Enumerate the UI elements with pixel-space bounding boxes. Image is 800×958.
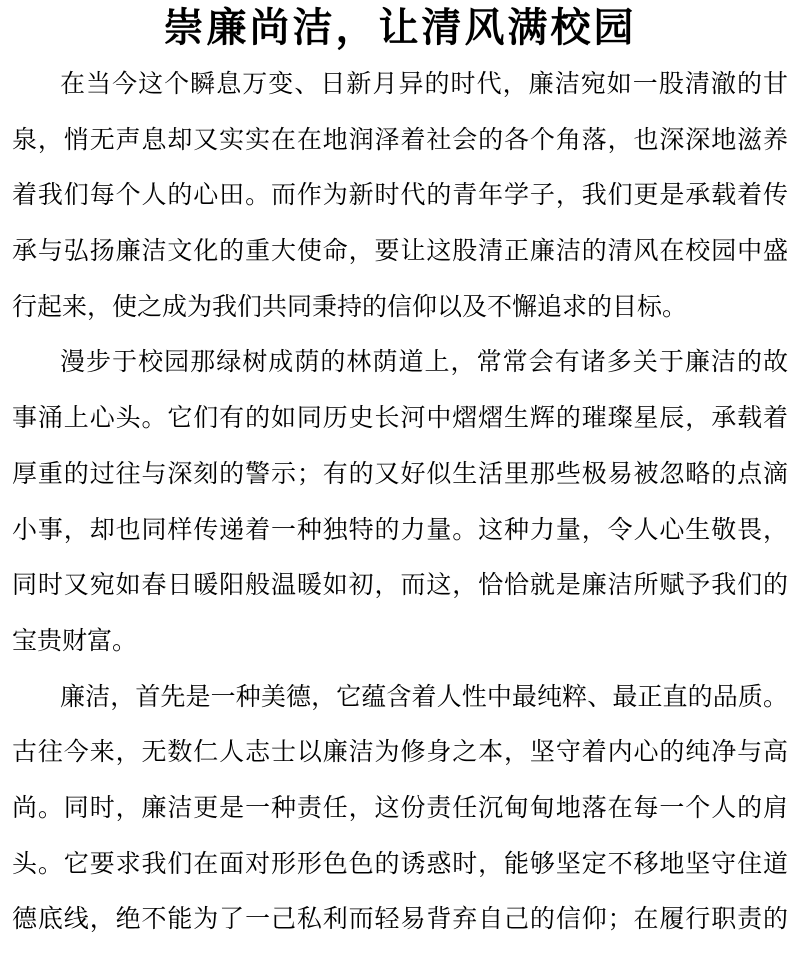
- document-page: 崇廉尚洁，让清风满校园 在当今这个瞬息万变、日新月异的时代，廉洁宛如一股清澈的甘…: [0, 0, 800, 958]
- text-line: 泉，悄无声息却又实实在在地润泽着社会的各个角落，也深深地滋养: [12, 113, 788, 169]
- document-body: 在当今这个瞬息万变、日新月异的时代，廉洁宛如一股清澈的甘 泉，悄无声息却又实实在…: [0, 57, 800, 948]
- text-line: 漫步于校园那绿树成荫的林荫道上，常常会有诸多关于廉洁的故: [12, 335, 788, 391]
- text-line: 厚重的过往与深刻的警示；有的又好似生活里那些极易被忽略的点滴: [12, 447, 788, 503]
- text-line: 在当今这个瞬息万变、日新月异的时代，廉洁宛如一股清澈的甘: [12, 57, 788, 113]
- text-line: 小事，却也同样传递着一种独特的力量。这种力量，令人心生敬畏，: [12, 503, 788, 559]
- paragraph-1: 在当今这个瞬息万变、日新月异的时代，廉洁宛如一股清澈的甘 泉，悄无声息却又实实在…: [12, 57, 788, 335]
- text-line: 行起来，使之成为我们共同秉持的信仰以及不懈追求的目标。: [12, 280, 788, 336]
- text-line: 同时又宛如春日暖阳般温暖如初，而这，恰恰就是廉洁所赋予我们的: [12, 558, 788, 614]
- document-title: 崇廉尚洁，让清风满校园: [0, 0, 800, 57]
- text-line: 廉洁，首先是一种美德，它蕴含着人性中最纯粹、最正直的品质。: [12, 670, 788, 726]
- text-line: 头。它要求我们在面对形形色色的诱惑时，能够坚定不移地坚守住道: [12, 837, 788, 893]
- paragraph-3: 廉洁，首先是一种美德，它蕴含着人性中最纯粹、最正直的品质。 古往今来，无数仁人志…: [12, 670, 788, 948]
- text-line: 着我们每个人的心田。而作为新时代的青年学子，我们更是承载着传: [12, 168, 788, 224]
- text-line: 古往今来，无数仁人志士以廉洁为修身之本，坚守着内心的纯净与高: [12, 725, 788, 781]
- text-line: 宝贵财富。: [12, 614, 788, 670]
- text-line: 承与弘扬廉洁文化的重大使命，要让这股清正廉洁的清风在校园中盛: [12, 224, 788, 280]
- text-line: 事涌上心头。它们有的如同历史长河中熠熠生辉的璀璨星辰，承载着: [12, 391, 788, 447]
- text-line: 尚。同时，廉洁更是一种责任，这份责任沉甸甸地落在每一个人的肩: [12, 781, 788, 837]
- text-line: 德底线，绝不能为了一己私利而轻易背弃自己的信仰；在履行职责的: [12, 892, 788, 948]
- paragraph-2: 漫步于校园那绿树成荫的林荫道上，常常会有诸多关于廉洁的故 事涌上心头。它们有的如…: [12, 335, 788, 669]
